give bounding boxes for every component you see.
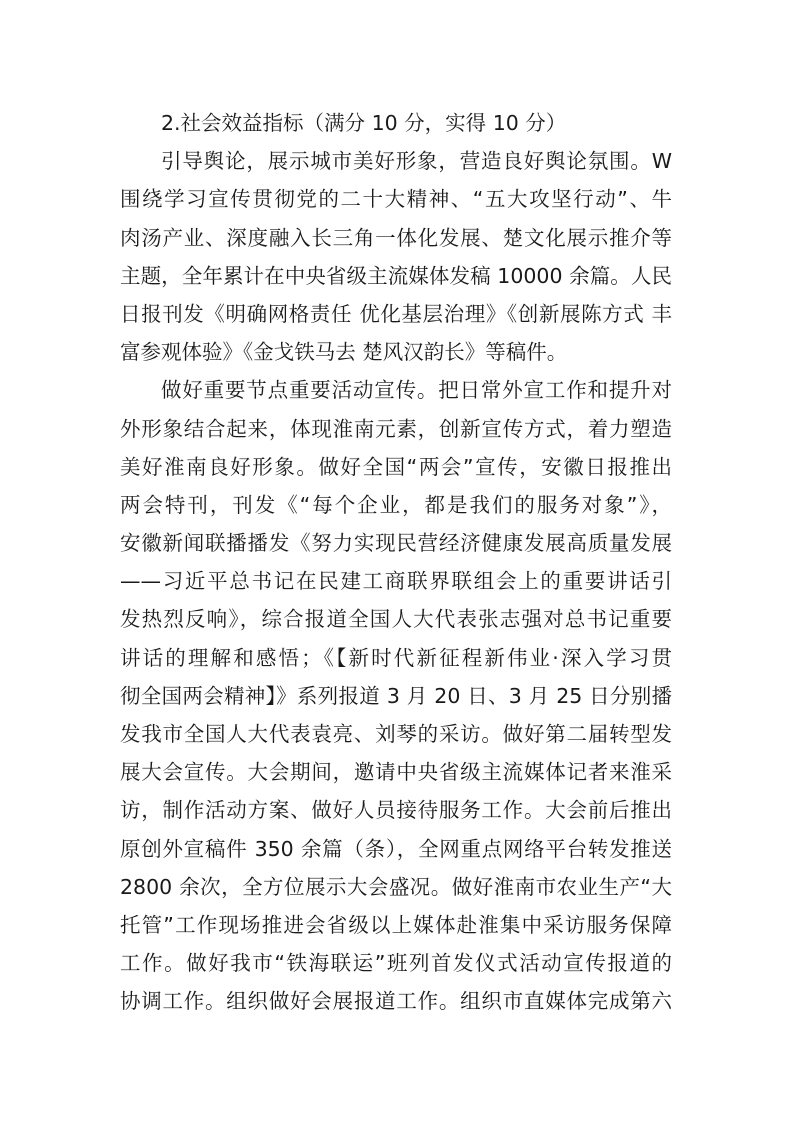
text-line: 富参观体验》《金戈铁马去 楚风汉韵长》等稿件。	[120, 333, 672, 371]
text-line: 2800 余次，全方位展示大会盛况。做好淮南市农业生产“大	[120, 868, 672, 906]
text-line: 原创外宣稿件 350 余篇（条），全网重点网络平台转发推送	[120, 830, 672, 868]
text-line: 两会特刊，刊发《“每个企业，都是我们的服务对象”》，	[120, 486, 672, 524]
text-line: 发热烈反响》，综合报道全国人大代表张志强对总书记重要	[120, 600, 672, 638]
text-line: 围绕学习宣传贯彻党的二十大精神、“五大攻坚行动”、牛	[120, 180, 672, 218]
text-line: 访，制作活动方案、做好人员接待服务工作。大会前后推出	[120, 791, 672, 829]
paragraph-public-opinion: 引导舆论，展示城市美好形象，营造良好舆论氛围。W 围绕学习宣传贯彻党的二十大精神…	[120, 142, 672, 371]
text-line: 托管”工作现场推进会省级以上媒体赴淮集中采访服务保障	[120, 906, 672, 944]
text-line: 展大会宣传。大会期间，邀请中央省级主流媒体记者来淮采	[120, 753, 672, 791]
text-line: 肉汤产业、深度融入长三角一体化发展、楚文化展示推介等	[120, 219, 672, 257]
text-line: 安徽新闻联播播发《努力实现民营经济健康发展高质量发展	[120, 524, 672, 562]
text-line: 发我市全国人大代表袁亮、刘琴的采访。做好第二届转型发	[120, 715, 672, 753]
text-line: 外形象结合起来，体现淮南元素，创新宣传方式，着力塑造	[120, 410, 672, 448]
text-line: 日报刊发《明确网格责任 优化基层治理》《创新展陈方式 丰	[120, 295, 672, 333]
text-line: 引导舆论，展示城市美好形象，营造良好舆论氛围。W	[120, 142, 672, 180]
text-line: 美好淮南良好形象。做好全国“两会”宣传，安徽日报推出	[120, 448, 672, 486]
paragraph-key-events: 做好重要节点重要活动宣传。把日常外宣工作和提升对 外形象结合起来，体现淮南元素，…	[120, 371, 672, 1020]
text-line: 彻全国两会精神】》系列报道 3 月 20 日、3 月 25 日分别播	[120, 677, 672, 715]
text-line: 协调工作。组织做好会展报道工作。组织市直媒体完成第六	[120, 982, 672, 1020]
text-line: ——习近平总书记在民建工商联界联组会上的重要讲话引	[120, 562, 672, 600]
section-heading: 2.社会效益指标（满分 10 分，实得 10 分）	[120, 104, 672, 142]
text-line: 主题，全年累计在中央省级主流媒体发稿 10000 余篇。人民	[120, 257, 672, 295]
text-line: 工作。做好我市“铁海联运”班列首发仪式活动宣传报道的	[120, 944, 672, 982]
text-line: 做好重要节点重要活动宣传。把日常外宣工作和提升对	[120, 371, 672, 409]
document-page: 2.社会效益指标（满分 10 分，实得 10 分） 引导舆论，展示城市美好形象，…	[120, 104, 672, 1021]
text-line: 讲话的理解和感悟；《【新时代新征程新伟业·深入学习贯	[120, 639, 672, 677]
